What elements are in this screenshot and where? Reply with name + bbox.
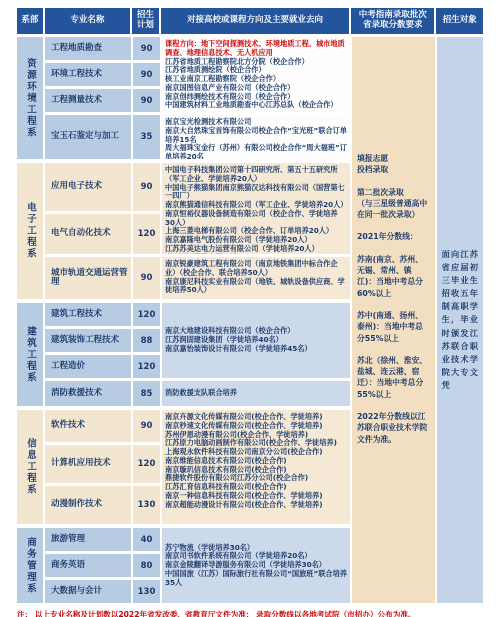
major-quota: 90 (133, 410, 160, 442)
major-quota: 130 (133, 580, 160, 603)
batch-line: 第二批次录取 (357, 187, 430, 198)
dept-group-construction: 建筑工程系 建筑工程技术 120 建筑装饰工程技术 88 工程造价 120 (17, 303, 350, 406)
partner-line: 周大福珠宝金行（苏州）有限公司校企合作“周大福班”订单培养20名 (165, 144, 347, 159)
partners-column: 中国电子科技集团公司第十四研究所、第五十五研究所（军工企业、学徒培养20人） 中… (162, 163, 350, 299)
major-row: 建筑工程技术 120 (45, 303, 160, 326)
major-name: 城市轨道交通运营管理 (45, 257, 131, 299)
partners-column: 苏宁物流（学徒培养30名） 南京司书软件系统有限公司（学徒培养20名） 南京金陵… (162, 528, 350, 603)
table-header-row: 系部 专业名称 招生 计划 对接高校或课程方向及主要就业去向 中考指南录取批次 … (17, 8, 483, 34)
dept-label: 电子工程系 (17, 163, 43, 299)
partner-line: 南京锐豪建筑工程有限公司（南京地铁集团中标合作企业）（校企合作、联合培养50人） (165, 260, 347, 278)
batch-score-column: 填报志愿 投档录取 第二批次录取 （与三星级普通高中在同一批次录取） 2021年… (352, 37, 435, 603)
major-name: 工程地质勘查 (45, 37, 131, 60)
major-row: 工程测量技术 90 (45, 89, 160, 112)
dept-group-information: 信息工程系 软件技术 90 计算机应用技术 120 动漫制作技术 130 (17, 410, 350, 524)
partner-line: 南京大自然珠宝首饰有限公司校企合作“宝光班”联合订单培养15名 (165, 127, 347, 145)
majors-column: 建筑工程技术 120 建筑装饰工程技术 88 工程造价 120 消防救援技术 (45, 303, 160, 406)
partner-line: 中国电子熊猫集团南京熊猫汉达科技有限公司（国营第七一四厂） (165, 184, 347, 202)
header-target: 招生对象 (436, 8, 483, 34)
partners-cell: 南京锐豪建筑工程有限公司（南京地铁集团中标合作企业）（校企合作、联合培养50人）… (162, 257, 350, 299)
major-name: 大数据与会计 (45, 580, 131, 603)
major-quota: 35 (133, 115, 160, 159)
header-quota: 招生 计划 (132, 8, 159, 34)
major-row: 环境工程技术 90 (45, 63, 160, 86)
major-row: 工程造价 120 (45, 355, 160, 378)
major-row: 动漫制作技术 130 (45, 486, 160, 524)
partner-line: 消防救援支队联合培养 (165, 389, 347, 398)
partners-cell: 南京宝光检测技术有限公司 南京大自然珠宝首饰有限公司校企合作“宝光班”联合订单培… (162, 115, 350, 159)
major-row: 城市轨道交通运营管理 90 (45, 257, 160, 299)
admission-plan-page: 系部 专业名称 招生 计划 对接高校或课程方向及主要就业去向 中考指南录取批次 … (0, 0, 500, 617)
partners-cell: 消防救援支队联合培养 (162, 381, 350, 406)
major-name: 宝玉石鉴定与加工 (45, 115, 131, 159)
footnote: 注： 以上专业名称及计划数以2022年省发改委、省教育厅文件为准； 录取分数线以… (17, 609, 483, 617)
major-row: 大数据与会计 130 (45, 580, 160, 603)
enrollment-target-column: 面向江苏省应届初三毕业生招收五年制高职学生，毕业时颁发江苏联合职业技术学院大专文… (437, 37, 483, 603)
major-quota: 88 (133, 329, 160, 352)
batch-line: 苏北（徐州、淮安、盐城、连云港、宿迁）：当地中考总分55%以上 (357, 355, 430, 400)
major-quota: 90 (133, 163, 160, 211)
majors-column: 软件技术 90 计算机应用技术 120 动漫制作技术 130 (45, 410, 160, 524)
major-name: 环境工程技术 (45, 63, 131, 86)
course-direction-note: 课程方向：地下空间探测技术、环境地质工程、城市地质调查、地理信息技术、无人机应用 (165, 40, 347, 58)
admission-plan-table: 系部 专业名称 招生 计划 对接高校或课程方向及主要就业去向 中考指南录取批次 … (17, 8, 483, 603)
major-name: 应用电子技术 (45, 163, 131, 211)
major-row: 旅游管理 40 (45, 528, 160, 551)
header-partners: 对接高校或课程方向及主要就业去向 (161, 8, 349, 34)
major-name: 建筑装饰工程技术 (45, 329, 131, 352)
partner-line: 南京嘉怡装饰设计有限公司（学徒培养45名） (165, 345, 347, 354)
major-quota: 120 (133, 303, 160, 326)
major-row: 电气自动化技术 120 (45, 214, 160, 254)
partner-line: 南京恒裕仪器设备制造有限公司（校企合作、学徒培养30人） (165, 210, 347, 228)
major-quota: 90 (133, 89, 160, 112)
major-row: 工程地质勘查 90 (45, 37, 160, 60)
batch-line: （与三星级普通高中在同一批次录取） (357, 198, 430, 221)
major-name: 消防救援技术 (45, 381, 131, 406)
dept-label: 信息工程系 (17, 410, 43, 524)
major-name: 计算机应用技术 (45, 445, 131, 483)
partner-line: 南京超能动漫设计有限公司(校企合作、学徒培养) (165, 501, 347, 510)
major-row: 应用电子技术 90 (45, 163, 160, 211)
major-quota: 85 (133, 381, 160, 406)
majors-column: 应用电子技术 90 电气自动化技术 120 城市轨道交通运营管理 90 (45, 163, 160, 299)
partners-column: 课程方向：地下空间探测技术、环境地质工程、城市地质调查、地理信息技术、无人机应用… (162, 37, 350, 159)
major-row: 计算机应用技术 120 (45, 445, 160, 483)
partner-line: 中国电子科技集团公司第十四研究所、第五十五研究所（军工企业、学徒培养20人） (165, 166, 347, 184)
partner-line: 中国国旅（江苏）国际旅行社有限公司“国旅班”联合培养35人 (165, 570, 347, 588)
major-quota: 90 (133, 37, 160, 60)
batch-line: 2021年分数线： (357, 231, 430, 242)
major-row: 商务英语 80 (45, 554, 160, 577)
majors-column: 工程地质勘查 90 环境工程技术 90 工程测量技术 90 宝玉石鉴定与加工 (45, 37, 160, 159)
major-name: 工程造价 (45, 355, 131, 378)
major-row: 建筑装饰工程技术 88 (45, 329, 160, 352)
major-name: 建筑工程技术 (45, 303, 131, 326)
batch-line: 2022年分数线以江苏联合职业技术学院文件为准。 (357, 411, 430, 445)
partners-column: 南京卉源文化传媒有限公司(校企合作、学徒培养) 南京秒速文化传媒有限公司(校企合… (162, 410, 350, 524)
major-row: 宝玉石鉴定与加工 35 (45, 115, 160, 159)
major-row: 消防救援技术 85 (45, 381, 160, 406)
partners-cell: 课程方向：地下空间探测技术、环境地质工程、城市地质调查、地理信息技术、无人机应用… (162, 37, 350, 112)
major-name: 工程测量技术 (45, 89, 131, 112)
partners-column: 南京大地建设科技有限公司（校企合作） 江苏润固建设集团（学徒培养40名） 南京嘉… (162, 303, 350, 406)
dept-label: 建筑工程系 (17, 303, 43, 406)
dept-group-electronics: 电子工程系 应用电子技术 90 电气自动化技术 120 城市轨道交通运营管理 9 (17, 163, 350, 299)
major-name: 旅游管理 (45, 528, 131, 551)
major-quota: 90 (133, 257, 160, 299)
header-dept: 系部 (17, 8, 43, 34)
major-quota: 130 (133, 486, 160, 524)
partner-line: 南京康尼科技实业有限公司（地铁、城轨设备供应商、学徒培养50人） (165, 278, 347, 296)
batch-line: 填报志愿 (357, 153, 430, 164)
enrollment-target-text: 面向江苏省应届初三毕业生招收五年制高职学生，毕业时颁发江苏联合职业技术学院大专文… (442, 248, 478, 392)
batch-line: 苏南(南京、苏州、无锡、常州、镇江)：当地中考总分60%以上 (357, 254, 430, 299)
major-quota: 120 (133, 445, 160, 483)
major-row: 软件技术 90 (45, 410, 160, 442)
partners-cell: 南京卉源文化传媒有限公司(校企合作、学徒培养) 南京秒速文化传媒有限公司(校企合… (162, 410, 350, 524)
major-name: 软件技术 (45, 410, 131, 442)
dept-group-business: 商务管理系 旅游管理 40 商务英语 80 大数据与会计 130 (17, 528, 350, 603)
major-name: 商务英语 (45, 554, 131, 577)
batch-line: 投档录取 (357, 164, 430, 175)
major-name: 动漫制作技术 (45, 486, 131, 524)
major-quota: 90 (133, 63, 160, 86)
dept-label: 商务管理系 (17, 528, 43, 603)
header-major: 专业名称 (45, 8, 130, 34)
batch-line: 苏中(南通、扬州、泰州)：当地中考总分55%以上 (357, 310, 430, 344)
partner-line: 中国建筑材料工业地质勘查中心江苏总队（校企合作） (165, 101, 347, 110)
partners-cell: 南京大地建设科技有限公司（校企合作） 江苏润固建设集团（学徒培养40名） 南京嘉… (162, 303, 350, 378)
dept-label: 资源环境工程系 (17, 37, 43, 159)
major-quota: 80 (133, 554, 160, 577)
majors-column: 旅游管理 40 商务英语 80 大数据与会计 130 (45, 528, 160, 603)
major-name: 电气自动化技术 (45, 214, 131, 254)
header-batch: 中考指南录取批次 省录取分数要求 (351, 8, 434, 34)
partners-cell: 中国电子科技集团公司第十四研究所、第五十五研究所（军工企业、学徒培养20人） 中… (162, 163, 350, 254)
major-quota: 120 (133, 355, 160, 378)
table-body: 资源环境工程系 工程地质勘查 90 环境工程技术 90 工程测量技术 90 (17, 37, 483, 603)
major-quota: 40 (133, 528, 160, 551)
departments-area: 资源环境工程系 工程地质勘查 90 环境工程技术 90 工程测量技术 90 (17, 37, 350, 603)
partners-cell: 苏宁物流（学徒培养30名） 南京司书软件系统有限公司（学徒培养20名） 南京金陵… (162, 528, 350, 603)
major-quota: 120 (133, 214, 160, 254)
dept-group-resources: 资源环境工程系 工程地质勘查 90 环境工程技术 90 工程测量技术 90 (17, 37, 350, 159)
